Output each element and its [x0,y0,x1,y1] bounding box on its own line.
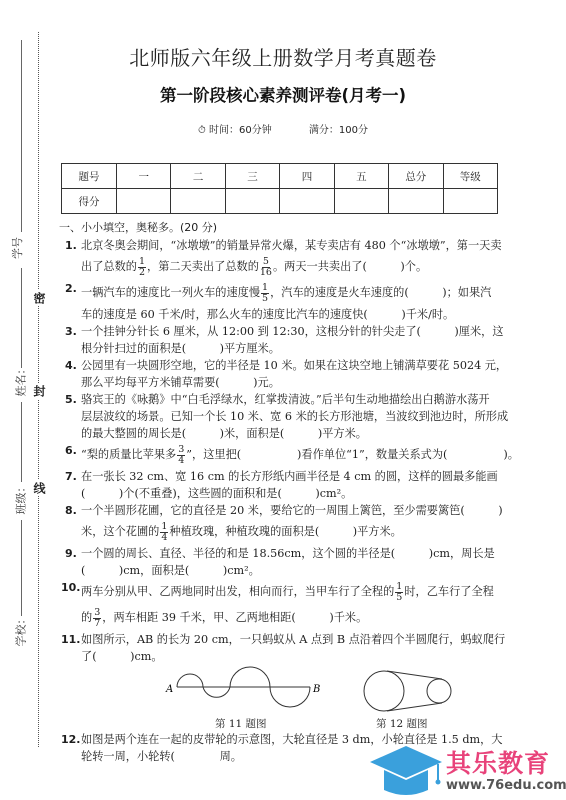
question-text-line2: 米，这个花圃的14种植玫瑰，种植玫瑰的面积是( )平方米。 [81,519,559,545]
col-header-grade: 等级 [443,164,497,189]
point-b-label: B [312,684,320,695]
section-title: 一、小小填空，奥秘多。(20 分) [59,219,559,236]
col-header-total: 总分 [389,164,443,189]
time-label: 时间：60分钟 [209,121,272,136]
question-text: 一个圆的周长、直径、半径的和是 18.56cm，这个圆的半径是( )cm，周长是 [81,545,559,562]
score-cell-4[interactable] [280,189,334,214]
numerator: 1 [395,582,403,593]
text: ，汽车的速度是火车速度的( )；如果汽 [270,286,491,299]
score-cell-3[interactable] [225,189,279,214]
col-header-1: 一 [117,164,171,189]
score-input-1[interactable] [117,189,170,213]
question-1: 1. 北京冬奥会期间，“冰墩墩”的销量异常火爆，某专卖店有 480 个“冰墩墩”… [59,237,559,280]
fraction: 15 [395,582,403,603]
question-text-line2: 根分针扫过的面积是( )平方厘米。 [81,340,559,357]
question-6: 6. “梨的质量比苹果多34”，这里把( )看作单位“1”，数量关系式为( )。 [59,442,559,468]
exam-meta: ⏱ 时间：60分钟 满分：100分 [0,121,566,136]
question-text-line2: 了( )cm。 [81,648,559,665]
full-score-label: 满分：100分 [309,121,368,136]
question-3: 3. 一个挂钟分针长 6 厘米，从 12:00 到 12:30，这根分针的针尖走… [59,323,559,357]
question-text: “梨的质量比苹果多34”，这里把( )看作单位“1”，数量关系式为( )。 [81,442,559,468]
score-cell-5[interactable] [334,189,388,214]
class-underline [21,520,22,616]
score-table: 题号 一 二 三 四 五 总分 等级 得分 [61,163,498,214]
score-input-4[interactable] [280,189,333,213]
question-7: 7. 在一张长 32 cm、宽 16 cm 的长方形纸内画半径是 4 cm 的圆… [59,468,559,502]
watermark-logo: 其乐教育 www.76edu.com [368,744,566,798]
score-table-header-row: 题号 一 二 三 四 五 总分 等级 [62,164,498,189]
denominator: 4 [178,456,184,466]
score-input-3[interactable] [226,189,279,213]
figures-row: A B 第 11 题图 第 12 题图 [59,665,559,731]
question-text-line2: ( )个(不重叠)，这些圆的面积和是( )cm²。 [81,485,559,502]
question-text-line3: 的最大整圆的周长是( )米，面积是( )平方米。 [81,425,559,442]
question-text: 一辆汽车的速度比一列火车的速度慢15，汽车的速度是火车速度的( )；如果汽 [81,280,559,306]
page-subtitle: 第一阶段核心素养测评卷(月考一) [0,82,566,106]
question-4: 4. 公园里有一块圆形空地，它的半径是 10 米。如果在这块空地上铺满草要花 5… [59,357,559,391]
question-number: 4. [65,357,77,374]
denominator: 5 [262,294,268,304]
denominator: 5 [396,593,402,603]
numerator: 3 [177,445,185,456]
score-cell-1[interactable] [117,189,171,214]
text: 的 [81,611,92,624]
point-a-label: A [165,684,173,695]
score-input-grade[interactable] [444,189,497,213]
fraction: 14 [160,522,168,543]
numerator: 1 [160,522,168,533]
question-number: 3. [65,323,77,340]
seal-char-feng: 封 [31,383,48,399]
col-header-3: 三 [225,164,279,189]
brand-url: www.76edu.com [446,778,566,793]
question-text-line2: 车的速度是 60 千米/时，那么火车的速度比汽车的速度快( )千米/时。 [81,306,559,323]
score-table-score-row: 得分 [62,189,498,214]
numerator: 3 [93,608,101,619]
question-text-line2: 出了总数的12，第二天卖出了总数的516。两天一共卖出了( )个。 [81,254,559,280]
semicircles-diagram: A B [163,665,323,717]
name-line [21,268,22,368]
question-text: 北京冬奥会期间，“冰墩墩”的销量异常火爆，某专卖店有 480 个“冰墩墩”，第一… [81,237,559,254]
denominator: 4 [161,533,167,543]
clock-icon: ⏱ [198,125,206,136]
question-number: 11. [61,631,81,648]
col-header-4: 四 [280,164,334,189]
text: 时，乙车行了全程 [404,585,494,598]
row-header-score: 得分 [62,189,117,214]
question-8: 8. 一个半圆形花圃，它的直径是 20 米，要给它的一周围上篱笆，至少需要篱笆(… [59,502,559,545]
text: ，两车相距 39 千米，甲、乙两地相距( )千米。 [102,611,367,624]
score-cell-grade[interactable] [443,189,497,214]
denominator: 2 [139,268,145,278]
col-header-5: 五 [334,164,388,189]
fraction: 34 [177,445,185,466]
student-id-label: 学号 [9,237,25,259]
fraction: 15 [261,283,269,304]
text: 两车分别从甲、乙两地同时出发，相向而行，当甲车行了全程的 [81,585,394,598]
numerator: 1 [261,283,269,294]
question-number: 12. [61,731,81,748]
exam-time: ⏱ 时间：60分钟 [198,121,272,136]
question-text: 一个挂钟分针长 6 厘米，从 12:00 到 12:30，这根分针的针尖走了( … [81,323,559,340]
question-9: 9. 一个圆的周长、直径、半径的和是 18.56cm，这个圆的半径是( )cm，… [59,545,559,579]
question-text: 两车分别从甲、乙两地同时出发，相向而行，当甲车行了全程的15时，乙车行了全程 [81,579,559,605]
text: “梨的质量比苹果多 [81,448,176,461]
page-title: 北师版六年级上册数学月考真题卷 [0,42,566,71]
seal-char-xian: 线 [31,480,48,496]
question-text: 公园里有一块圆形空地，它的半径是 10 米。如果在这块空地上铺满草要花 5024… [81,357,559,374]
question-number: 9. [65,545,77,562]
question-section: 一、小小填空，奥秘多。(20 分) 1. 北京冬奥会期间，“冰墩墩”的销量异常火… [59,219,559,765]
graduation-cap-icon [368,744,444,798]
score-cell-total[interactable] [389,189,443,214]
fraction: 37 [93,608,101,629]
col-header-2: 二 [171,164,225,189]
question-11: 11. 如图所示，AB 的长为 20 cm，一只蚂蚁从 A 点到 B 点沿着四个… [59,631,559,665]
figure-11: A B 第 11 题图 [163,665,323,722]
binding-margin: 学号 姓名： 班级： 学校： 密 封 线 [0,0,56,800]
question-5: 5. 骆宾王的《咏鹅》中“白毛浮绿水，红掌拨清波。”后半句生动地描绘出白鹅游水荡… [59,391,559,442]
question-number: 8. [65,502,77,519]
text: 。两天一共卖出了( )个。 [273,260,427,273]
fraction: 516 [260,257,272,278]
question-text-line2: 的37，两车相距 39 千米，甲、乙两地相距( )千米。 [81,605,559,631]
score-input-2[interactable] [171,189,224,213]
belt-pulley-diagram [362,665,472,717]
name-label: 姓名： [13,364,29,397]
numerator: 5 [262,257,270,268]
row-header-question: 题号 [62,164,117,189]
question-number: 5. [65,391,77,408]
question-number: 6. [65,442,77,459]
score-input-total[interactable] [389,189,442,213]
figure-12: 第 12 题图 [362,665,472,722]
question-number: 10. [61,579,81,596]
text: 米，这个花圃的 [81,525,159,538]
question-text-line2: ( )cm，面积是( )cm²。 [81,562,559,579]
class-label: 班级： [13,482,29,515]
question-text-line2: 层层波纹的场景。已知一个长 10 米、宽 6 米的长方形池塘，当波纹到池边时，所… [81,408,559,425]
seal-char-mi: 密 [31,290,48,306]
score-cell-2[interactable] [171,189,225,214]
text: ，第二天卖出了总数的 [147,260,259,273]
question-number: 7. [65,468,77,485]
brand-name: 其乐教育 [446,744,550,780]
question-text: 在一张长 32 cm、宽 16 cm 的长方形纸内画半径是 4 cm 的圆，这样… [81,468,559,485]
question-text: 一个半圆形花圃，它的直径是 20 米，要给它的一周围上篱笆，至少需要篱笆( ) [81,502,559,519]
school-label: 学校： [13,614,29,647]
text: 出了总数的 [81,260,137,273]
text: 种植玫瑰，种植玫瑰的面积是( )平方米。 [169,525,401,538]
denominator: 7 [94,619,100,629]
name-underline [21,402,22,482]
question-2: 2. 一辆汽车的速度比一列火车的速度慢15，汽车的速度是火车速度的( )；如果汽… [59,280,559,323]
question-number: 2. [65,280,77,297]
question-10: 10. 两车分别从甲、乙两地同时出发，相向而行，当甲车行了全程的15时，乙车行了… [59,579,559,631]
text: 一辆汽车的速度比一列火车的速度慢 [81,286,260,299]
text: ”，这里把( )看作单位“1”，数量关系式为( )。 [186,448,519,461]
question-text: 如图所示，AB 的长为 20 cm，一只蚂蚁从 A 点到 B 点沿着四个半圆爬行… [81,631,559,648]
score-input-5[interactable] [335,189,388,213]
question-number: 1. [65,237,77,254]
question-text: 骆宾王的《咏鹅》中“白毛浮绿水，红掌拨清波。”后半句生动地描绘出白鹅游水荡开 [81,391,559,408]
denominator: 16 [260,268,272,278]
question-text-line2: 那么平均每平方米铺草需要( )元。 [81,374,559,391]
numerator: 1 [138,257,146,268]
fraction: 12 [138,257,146,278]
